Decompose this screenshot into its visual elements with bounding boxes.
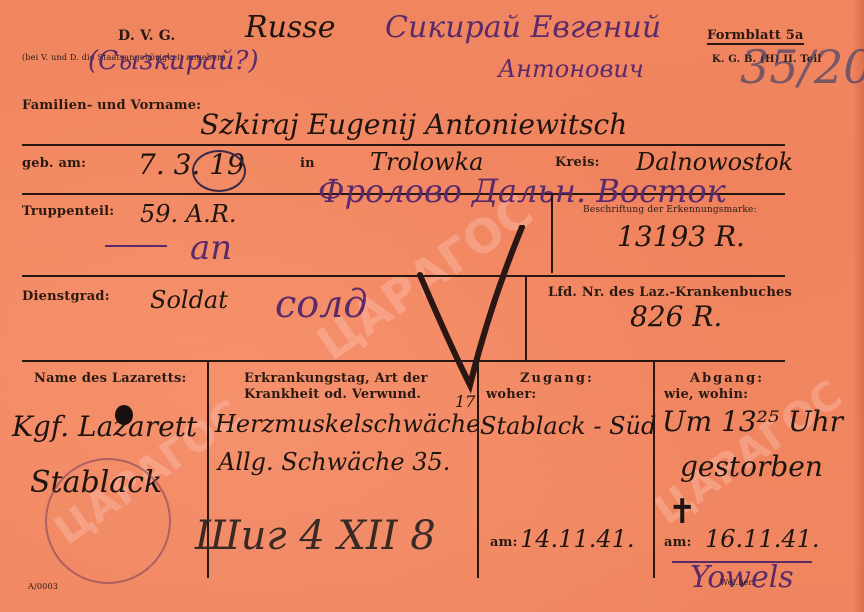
unit-dash: [105, 245, 167, 247]
row-divider: [22, 360, 785, 362]
death-cross-icon: ✝: [668, 492, 697, 532]
family-name-value: Szkiraj Eugenij Antoniewitsch: [200, 108, 627, 141]
name-cyrillic-paren: (Сызкирай?): [88, 46, 259, 76]
year-circle: [192, 150, 246, 192]
id-tag-label: Beschriftung der Erkennungsmarke:: [583, 205, 757, 215]
admission-date-label: am:: [490, 535, 518, 550]
row-divider: [22, 144, 785, 146]
illness-header-line: Krankheit od. Verwund.: [244, 387, 421, 402]
corner-numbers: 35/20 25: [740, 40, 864, 94]
rank-value-cyrillic: солд: [275, 282, 367, 326]
admission-date-value: 14.11.41.: [520, 525, 635, 553]
patronymic-cyrillic-value: Антонович: [498, 55, 644, 83]
illness-header-line: Erkrankungstag, Art der: [244, 371, 428, 386]
header-code: D. V. G.: [118, 28, 175, 44]
unit-label: Truppenteil:: [22, 204, 114, 219]
admission-from-value: Stablack - Süd: [480, 412, 656, 440]
discharge-value-line: Um 13²⁵ Uhr: [662, 405, 843, 438]
ledger-number-label: Lfd. Nr. des Laz.-Krankenbuches: [548, 285, 792, 300]
discharge-date-label: am:: [664, 535, 692, 550]
archive-id: A/0003: [28, 582, 58, 591]
admission-header-line: woher:: [486, 387, 536, 402]
admission-header-line: Zugang:: [520, 371, 594, 386]
hospital-name-line: Kgf. Lazarett: [12, 410, 197, 443]
rank-label: Dienstgrad:: [22, 289, 110, 304]
column-divider: [551, 193, 553, 273]
unit-value: 59. A.R.: [140, 200, 236, 228]
birth-place-label: in: [300, 156, 315, 171]
round-stamp: [45, 458, 171, 584]
family-name-label: Familien- und Vorname:: [22, 98, 201, 113]
personnel-card: ЦАРАГОС ЦАРАГОС ЦАРАГОС D. V. G. (bei V.…: [0, 0, 864, 612]
district-label: Kreis:: [555, 155, 600, 170]
hospital-name-header: Name des Lazaretts:: [34, 371, 186, 386]
name-cyrillic-value: Сикирай Евгений: [385, 10, 661, 45]
illness-bottom-note: Шиг 4 XII 8: [195, 513, 436, 559]
discharge-value-line: gestorben: [680, 450, 823, 483]
ledger-number-value: 826 R.: [630, 300, 722, 333]
illness-value-line: Herzmuskelschwäche: [215, 410, 480, 438]
column-divider: [653, 360, 655, 578]
birth-date-label: geb. am:: [22, 156, 86, 171]
unit-annotation: ап: [190, 228, 232, 268]
row-divider: [22, 275, 785, 277]
check-mark-icon: [410, 225, 530, 395]
illness-date-note: 17.: [455, 392, 480, 411]
ink-blot: [115, 405, 133, 425]
rank-value: Soldat: [150, 286, 228, 314]
discharge-header-line: wie, wohin:: [664, 387, 748, 402]
illness-value-line: Allg. Schwäche 35.: [218, 448, 450, 476]
id-tag-value: 13193 R.: [617, 220, 745, 253]
nationality-value: Russe: [245, 10, 335, 45]
discharge-header-line: Abgang:: [690, 371, 764, 386]
footer-note: Wei.ber.: [720, 578, 754, 587]
discharge-date-value: 16.11.41.: [705, 525, 820, 553]
